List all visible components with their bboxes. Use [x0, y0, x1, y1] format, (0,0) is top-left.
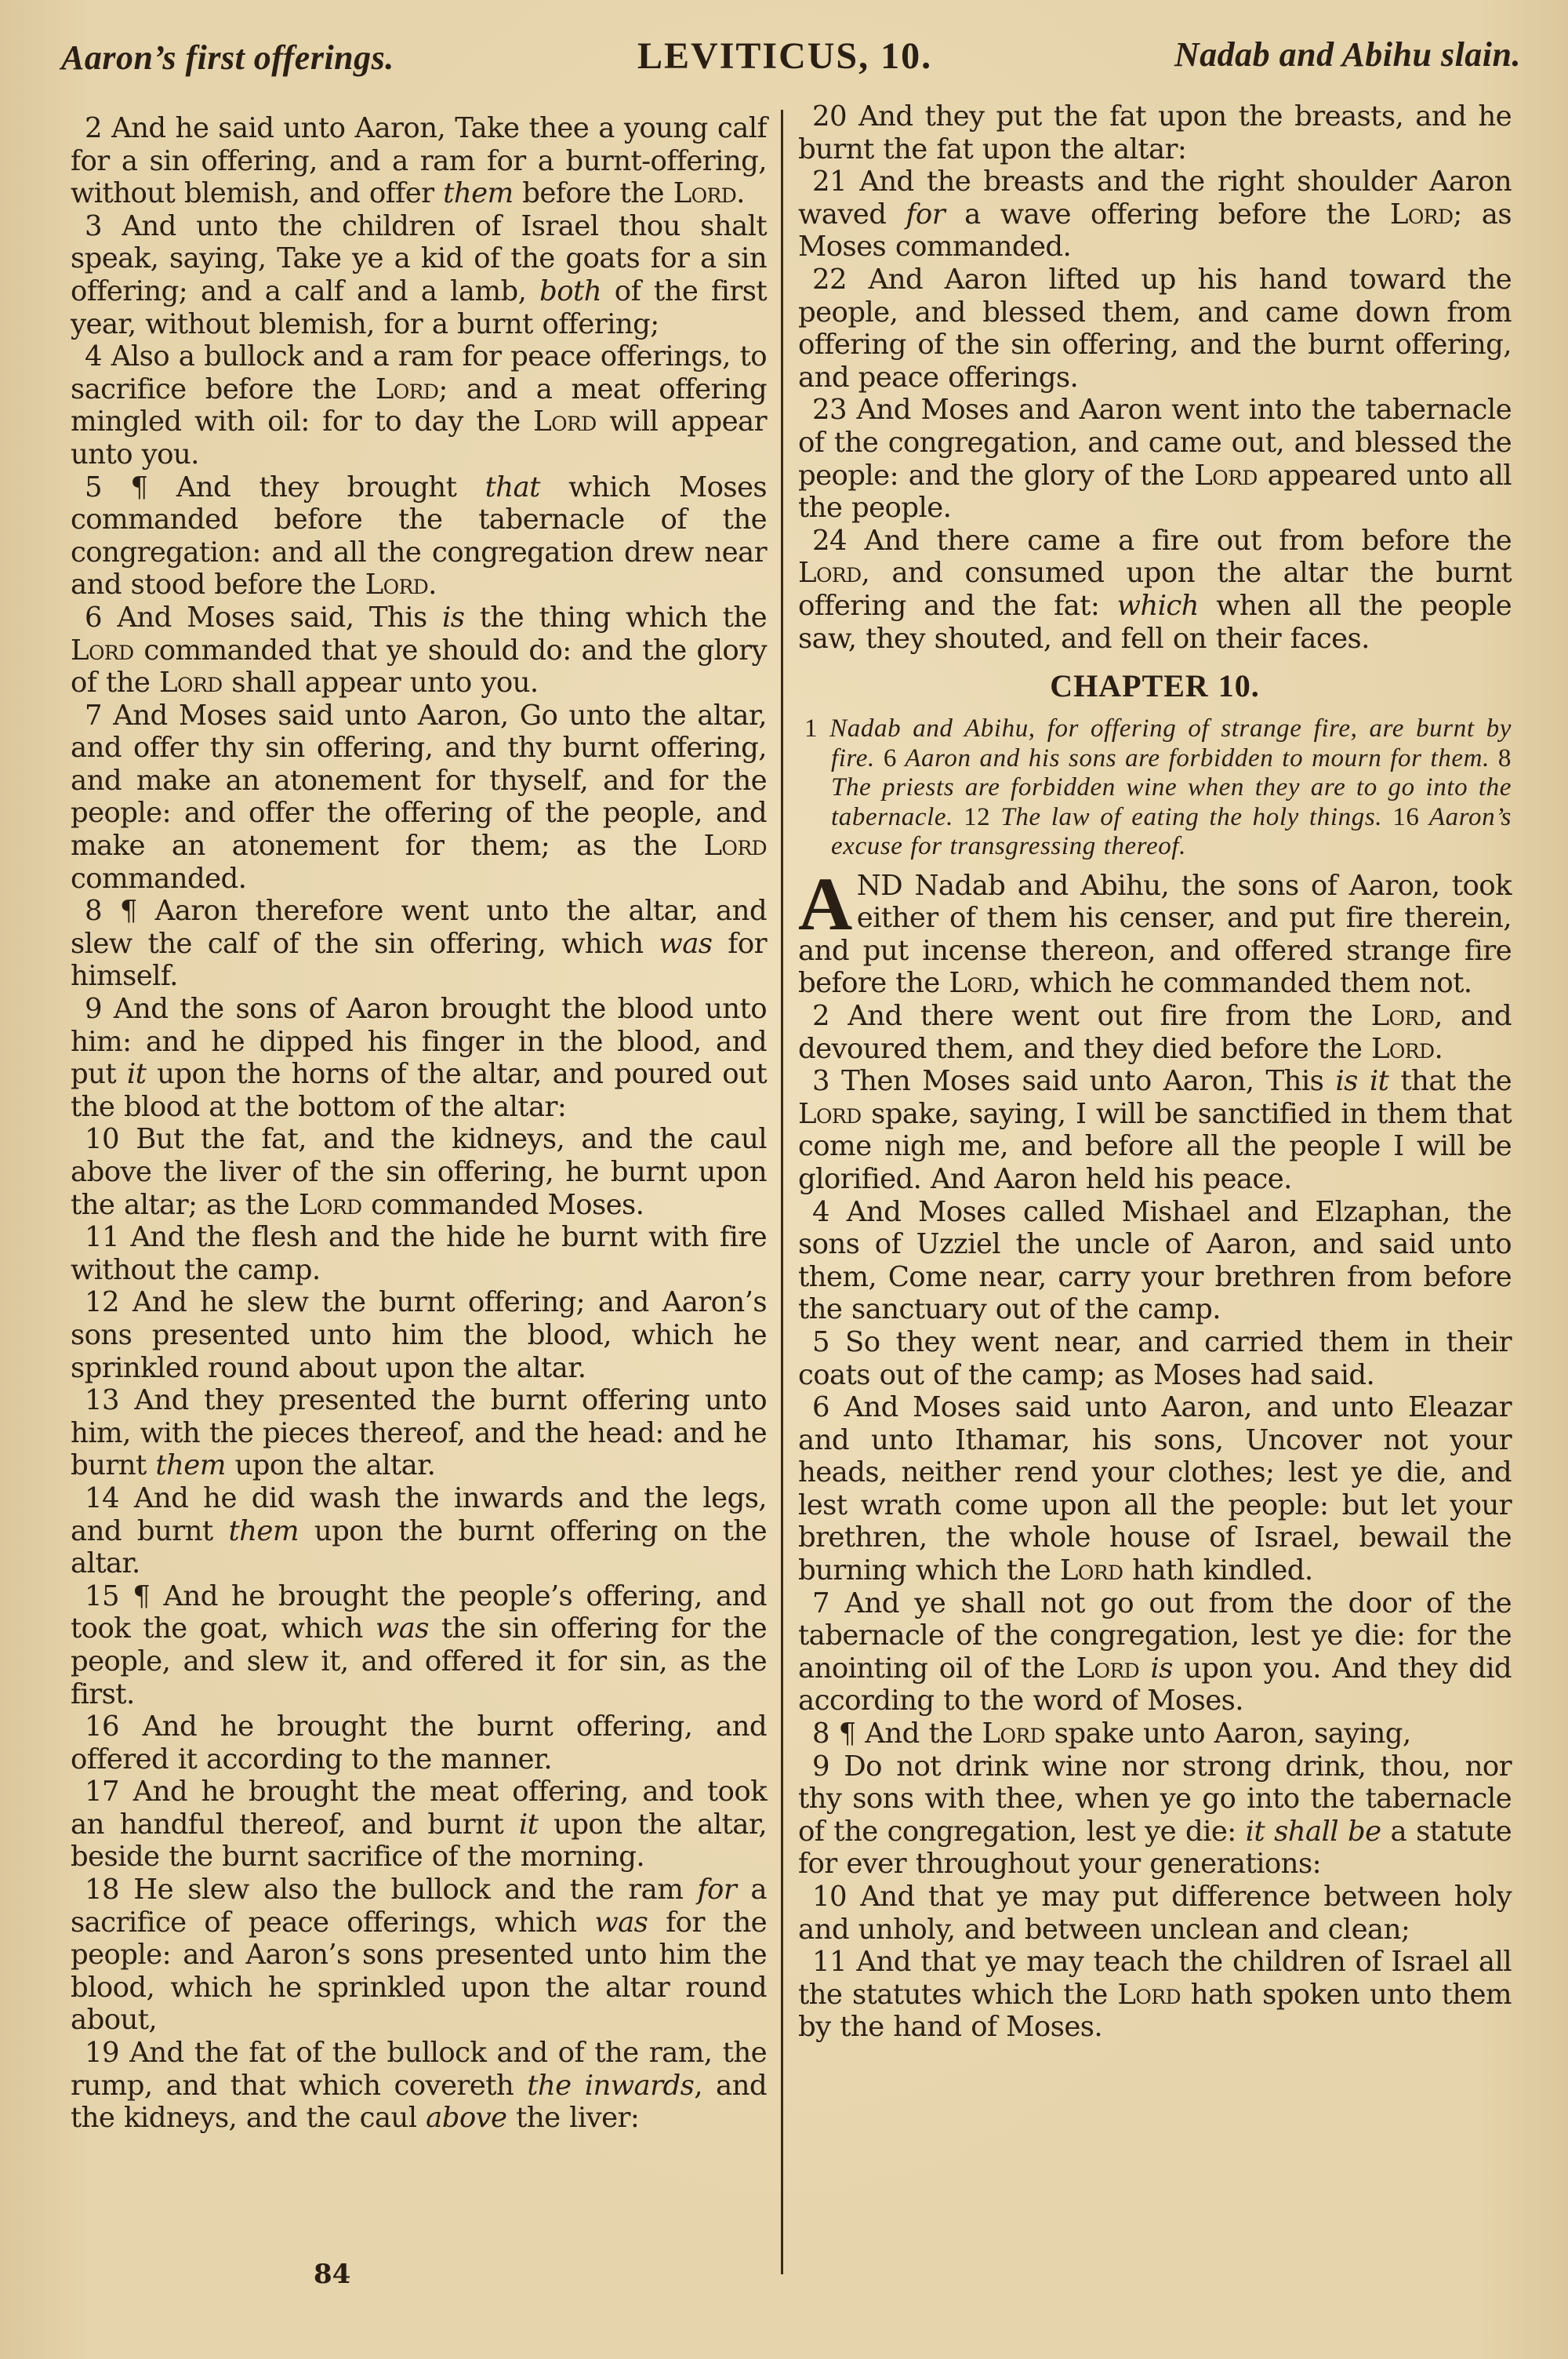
- italic-supplied-word: that: [485, 471, 540, 503]
- verse-number: 4: [85, 340, 102, 373]
- verse: 10 But the fat, and the kidneys, and the…: [71, 1123, 767, 1221]
- summary-text: The law of eating the holy things.: [990, 803, 1382, 831]
- verse-number: 23: [812, 394, 847, 426]
- italic-supplied-word: them: [228, 1515, 298, 1547]
- verse-text: hath kindled.: [1123, 1554, 1312, 1587]
- running-head: Aaron’s first offerings. LEVITICUS, 10. …: [61, 35, 1521, 82]
- verse-text: spake unto Aaron, saying,: [1045, 1717, 1411, 1750]
- verse-number: 2: [812, 1000, 829, 1032]
- verse-text: .: [428, 569, 437, 601]
- drop-cap-letter: A: [798, 873, 852, 936]
- divine-name-small-caps: Lord: [299, 1189, 362, 1221]
- italic-supplied-word: it: [519, 1808, 538, 1841]
- summary-verse-number: 12: [953, 803, 990, 831]
- divine-name-small-caps: Lord: [376, 373, 439, 405]
- pilcrow-paragraph-icon: ¶: [829, 1717, 856, 1750]
- verse-number: 8: [812, 1717, 829, 1750]
- divine-name-small-caps: Lord: [71, 634, 134, 667]
- page-number: 84: [314, 2259, 350, 2290]
- italic-supplied-word: them: [155, 1449, 225, 1481]
- italic-supplied-word: for: [698, 1874, 737, 1906]
- verse-text: upon the horns of the altar, and poured …: [71, 1058, 767, 1123]
- verse-text: He slew also the bullock and the ram: [119, 1874, 698, 1906]
- verse-list-chapter-9-end: 20 And they put the fat upon the breasts…: [798, 100, 1512, 655]
- verse: 7 And Moses said unto Aaron, Go unto the…: [71, 700, 767, 896]
- divine-name-small-caps: Lord: [365, 569, 429, 601]
- italic-supplied-word: was: [376, 1612, 429, 1645]
- verse-text: spake, saying, I will be sanctified in t…: [798, 1098, 1512, 1195]
- verse-text: shall appear unto you.: [223, 667, 539, 699]
- italic-supplied-word: was: [659, 928, 712, 960]
- verse-number: 7: [85, 700, 102, 732]
- italic-supplied-word: it shall be: [1246, 1816, 1381, 1848]
- verse-text: before the: [514, 177, 673, 209]
- verse: 2 And he said unto Aaron, Take thee a yo…: [71, 112, 767, 210]
- verse: 7 And ye shall not go out from the door …: [798, 1587, 1512, 1717]
- divine-name-small-caps: Lord: [1371, 1033, 1435, 1065]
- verse-text: that the: [1388, 1065, 1512, 1097]
- right-column: 20 And they put the fat upon the breasts…: [798, 100, 1512, 2044]
- verse: 8 ¶ Aaron therefore went unto the altar,…: [71, 895, 767, 993]
- verse: 6 And Moses said unto Aaron, and unto El…: [798, 1391, 1512, 1587]
- divine-name-small-caps: Lord: [1194, 460, 1258, 492]
- running-head-left: Aaron’s first offerings.: [61, 38, 394, 78]
- italic-supplied-word: the inwards: [527, 2070, 694, 2102]
- verse: 20 And they put the fat upon the breasts…: [798, 100, 1512, 165]
- verse-text: So they went near, and carried them in t…: [798, 1326, 1512, 1391]
- running-head-book-chapter: LEVITICUS, 10.: [637, 35, 932, 78]
- verse: 21 And the breasts and the right shoulde…: [798, 165, 1512, 264]
- verse: 5 So they went near, and carried them in…: [798, 1326, 1512, 1391]
- verse: 16 And he brought the burnt offering, an…: [71, 1710, 767, 1776]
- verse: 9 And the sons of Aaron brought the bloo…: [71, 993, 767, 1123]
- verse-number: 22: [812, 264, 847, 296]
- verse-text: upon the altar.: [226, 1449, 436, 1481]
- verse-text: the thing which the: [464, 602, 767, 634]
- verse: 13 And they presented the burnt offering…: [71, 1384, 767, 1482]
- divine-name-small-caps: Lord: [798, 557, 862, 589]
- verse: 9 Do not drink wine nor strong drink, th…: [798, 1750, 1512, 1881]
- divine-name-small-caps: Lord: [1371, 1000, 1435, 1032]
- divine-name-small-caps: Lord: [1060, 1554, 1123, 1587]
- verse-number: 10: [85, 1123, 119, 1155]
- italic-supplied-word: is: [1150, 1652, 1172, 1685]
- verse: 15 ¶ And he brought the people’s offerin…: [71, 1580, 767, 1710]
- verse-number: 13: [85, 1384, 119, 1416]
- verse-text: And there went out fire from the: [829, 1000, 1371, 1032]
- verse-text: And he brought the burnt offering, and o…: [71, 1710, 767, 1776]
- italic-supplied-word: which: [1117, 590, 1199, 622]
- summary-verse-number: 6: [875, 744, 897, 772]
- verse-number: 18: [85, 1874, 119, 1906]
- left-column: 2 And he said unto Aaron, Take thee a yo…: [71, 112, 767, 2135]
- verse: 22 And Aaron lifted up his hand toward t…: [798, 264, 1512, 394]
- verse: 17 And he brought the meat offering, and…: [71, 1776, 767, 1874]
- summary-verse-number: 1: [804, 714, 818, 743]
- verse-text: the liver:: [506, 2102, 639, 2134]
- verse-number: 5: [85, 471, 102, 503]
- verse: 4 Also a bullock and a ram for peace off…: [71, 340, 767, 471]
- divine-name-small-caps: Lord: [533, 405, 597, 438]
- verse: 18 He slew also the bullock and the ram …: [71, 1874, 767, 2037]
- chapter-summary: 1 Nadab and Abihu, for offering of stran…: [798, 714, 1512, 862]
- verse: 3 Then Moses said unto Aaron, This is it…: [798, 1065, 1512, 1195]
- verse: 11 And that ye may teach the children of…: [798, 1946, 1512, 2044]
- verse-text: a wave offering before the: [945, 198, 1390, 231]
- verse-number: 6: [812, 1391, 829, 1423]
- summary-verse-number: 16: [1382, 803, 1419, 831]
- verse-number: 10: [812, 1881, 847, 1913]
- divine-name-small-caps: Lord: [982, 1717, 1046, 1750]
- divine-name-small-caps: Lord: [798, 1098, 862, 1130]
- summary-verse-number: 8: [1490, 744, 1512, 772]
- verse-text: Then Moses said unto Aaron, This: [829, 1065, 1335, 1097]
- chapter-heading: CHAPTER 10.: [798, 669, 1512, 703]
- verse-number: 6: [85, 602, 102, 634]
- verse: 10 And that ye may put difference betwee…: [798, 1881, 1512, 1946]
- verse-text: And Moses said unto Aaron, Go unto the a…: [71, 700, 767, 862]
- verse-text: , which he commanded them not.: [1012, 967, 1472, 999]
- verse-number: 3: [85, 210, 102, 242]
- italic-supplied-word: them: [443, 177, 513, 209]
- verse: 23 And Moses and Aaron went into the tab…: [798, 394, 1512, 524]
- summary-text: Aaron and his sons are forbidden to mour…: [897, 744, 1490, 772]
- italic-supplied-word: both: [539, 275, 601, 307]
- verse-number: 15: [85, 1580, 119, 1612]
- divine-name-small-caps: Lord: [703, 830, 767, 862]
- verse-text: [1139, 1652, 1150, 1685]
- verse-text: commanded.: [71, 863, 246, 895]
- italic-supplied-word: it: [127, 1058, 146, 1090]
- verse-number: 16: [85, 1710, 119, 1743]
- divine-name-small-caps: Lord: [1390, 198, 1454, 231]
- verse-list-chapter-10: 2 And there went out fire from the Lord,…: [798, 1000, 1512, 2044]
- divine-name-small-caps: Lord: [949, 967, 1012, 999]
- verse-text: And the flesh and the hide he burnt with…: [71, 1221, 767, 1286]
- verse-text: And he slew the burnt offering; and Aaro…: [71, 1286, 767, 1383]
- verse-number: 11: [85, 1221, 119, 1253]
- verse-number: 11: [812, 1946, 847, 1978]
- pilcrow-paragraph-icon: ¶: [102, 895, 137, 927]
- verse-number: 8: [85, 895, 102, 927]
- divine-name-small-caps: Lord: [673, 177, 737, 209]
- pilcrow-paragraph-icon: ¶: [119, 1580, 150, 1612]
- italic-supplied-word: is it: [1335, 1065, 1388, 1097]
- verse-text: .: [1434, 1033, 1443, 1065]
- verse-number: 5: [812, 1326, 829, 1358]
- pilcrow-paragraph-icon: ¶: [102, 471, 147, 503]
- verse: 6 And Moses said, This is the thing whic…: [71, 602, 767, 700]
- verse-number: 12: [85, 1286, 119, 1318]
- verse: 2 And there went out fire from the Lord,…: [798, 1000, 1512, 1065]
- italic-supplied-word: above: [426, 2102, 506, 2134]
- verse: 5 ¶ And they brought that which Moses co…: [71, 471, 767, 602]
- opening-verse: A ND Nadab and Abihu, the sons of Aaron,…: [798, 870, 1512, 1000]
- verse-text: And they put the fat upon the breasts, a…: [798, 100, 1512, 165]
- verse-text: And there came a fire out from before th…: [847, 525, 1512, 557]
- verse-number: 20: [812, 100, 847, 133]
- verse-text: And Moses said, This: [102, 602, 442, 634]
- verse-number: 4: [812, 1196, 829, 1228]
- verse-number: 3: [812, 1065, 829, 1097]
- verse-number: 24: [812, 525, 847, 557]
- divine-name-small-caps: Lord: [1076, 1652, 1140, 1685]
- verse-text: commanded Moses.: [361, 1189, 644, 1221]
- column-divider-rule: [781, 110, 783, 2274]
- verse-text: And Aaron lifted up his hand toward the …: [798, 264, 1512, 394]
- verse-text: And Moses called Mishael and Elzaphan, t…: [798, 1196, 1512, 1326]
- verse-number: 17: [85, 1776, 119, 1808]
- verse-number: 7: [812, 1587, 829, 1619]
- verse-text: And they brought: [147, 471, 485, 503]
- verse: 19 And the fat of the bullock and of the…: [71, 2037, 767, 2135]
- verse: 11 And the flesh and the hide he burnt w…: [71, 1221, 767, 1286]
- verse-number: 21: [812, 165, 847, 198]
- verse-number: 14: [85, 1482, 119, 1514]
- verse: 3 And unto the children of Israel thou s…: [71, 210, 767, 340]
- verse-list: 2 And he said unto Aaron, Take thee a yo…: [71, 112, 767, 2135]
- verse-number: 2: [85, 112, 102, 144]
- divine-name-small-caps: Lord: [1117, 1979, 1181, 2011]
- verse: 12 And he slew the burnt offering; and A…: [71, 1286, 767, 1384]
- italic-supplied-word: is: [442, 602, 464, 634]
- verse: 8 ¶ And the Lord spake unto Aaron, sayin…: [798, 1717, 1512, 1750]
- italic-supplied-word: for: [906, 198, 945, 231]
- verse-text: And that ye may put difference between h…: [798, 1881, 1512, 1946]
- italic-supplied-word: was: [594, 1906, 648, 1939]
- verse-number: 9: [85, 993, 102, 1025]
- verse-text: .: [736, 177, 745, 209]
- opening-verse-text: ND Nadab and Abihu, the sons of Aaron, t…: [798, 870, 1512, 1000]
- verse-number: 9: [812, 1750, 829, 1783]
- running-head-right: Nadab and Abihu slain.: [1174, 35, 1521, 75]
- verse: 4 And Moses called Mishael and Elzaphan,…: [798, 1196, 1512, 1326]
- verse: 14 And he did wash the inwards and the l…: [71, 1482, 767, 1580]
- divine-name-small-caps: Lord: [159, 667, 223, 699]
- verse: 24 And there came a fire out from before…: [798, 525, 1512, 655]
- verse-number: 19: [85, 2037, 119, 2069]
- verse-text: And the: [856, 1717, 982, 1750]
